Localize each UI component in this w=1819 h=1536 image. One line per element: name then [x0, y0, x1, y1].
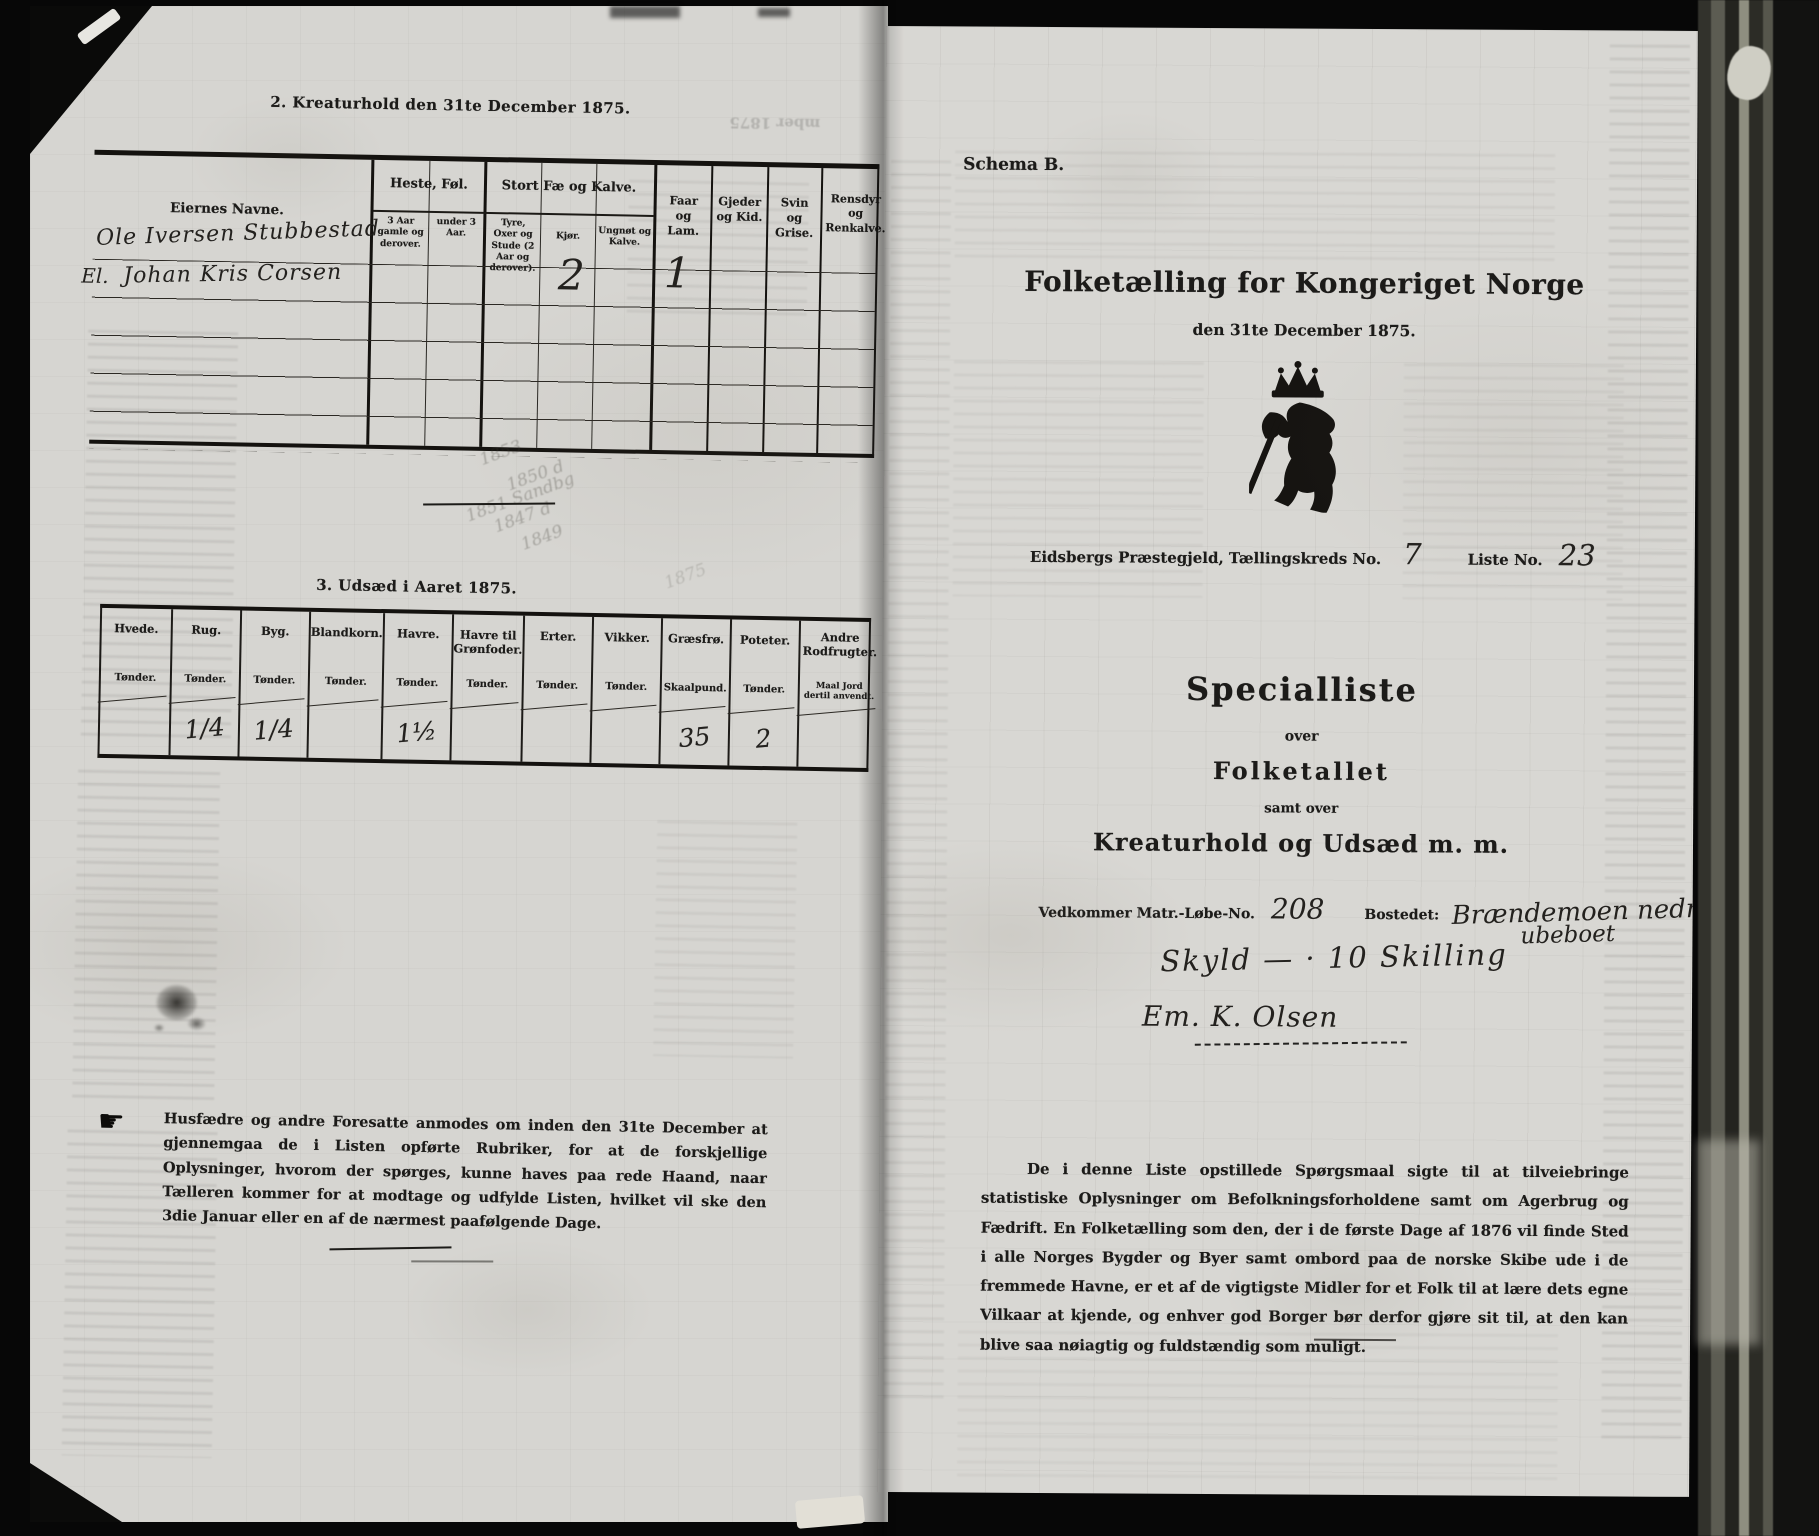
page-edge-highlight: [1698, 1140, 1760, 1345]
matr-label: Vedkommer Matr.-Løbe-No.: [1039, 905, 1255, 922]
pencil-note: 1875: [662, 560, 709, 594]
handwritten-value: [521, 703, 593, 765]
handwritten-value: [307, 699, 384, 761]
udsaed-col-erter: Erter. Tønder.: [520, 616, 592, 763]
handwritten-value-kjor: 2: [549, 250, 594, 300]
handwritten-value-faar: 1: [655, 248, 700, 298]
handwritten-value: 1/4: [238, 698, 310, 760]
udsaed-col-graesfro: Græsfrø. Skaalpund. 35: [658, 618, 730, 765]
udsaed-col-rug: Rug. Tønder. 1/4: [168, 609, 240, 756]
handwritten-value: [450, 702, 523, 764]
ink-blot: [143, 967, 222, 1048]
handwritten-value: 1½: [381, 701, 453, 763]
liste-label: Liste No.: [1468, 551, 1543, 569]
udsaed-col-vikker: Vikker. Tønder.: [589, 617, 661, 764]
subtitle-over: over: [992, 727, 1612, 747]
coat-of-arms: [1249, 360, 1346, 513]
bosted-label: Bostedet:: [1364, 907, 1439, 923]
census-title: Folketælling for Kongeriget Norge: [994, 265, 1614, 302]
edge-smudge: [610, 6, 680, 18]
handwritten-value: [590, 705, 662, 767]
udsaed-table: Hvede. Tønder. Rug. Tønder. 1/4 Byg. Tøn…: [97, 604, 871, 772]
subtitle-samt-over: samt over: [991, 799, 1611, 819]
edge-smudge: [758, 8, 790, 17]
pen-stroke: [411, 1260, 493, 1262]
subtitle-specialliste: Specialliste: [992, 669, 1612, 711]
group-header-heste: Heste, Føl.: [373, 160, 484, 214]
handwritten-matr-number: 208: [1271, 892, 1325, 925]
kreaturhold-title: 2. Kreaturhold den 31te December 1875.: [250, 93, 650, 118]
paper-sliver: [795, 1495, 865, 1529]
udsaed-col-blandkorn: Blandkorn. Tønder.: [306, 612, 383, 759]
col-header-kjor: Kjør.: [541, 231, 595, 243]
info-paragraph: De i denne Liste opstillede Spørgsmaal s…: [980, 1155, 1629, 1364]
handwritten-underline: [1195, 1041, 1407, 1045]
col-header-svin: Svin og Grise.: [768, 195, 821, 241]
footnote-text: Husfædre og andre Foresatte anmodes om i…: [162, 1107, 768, 1240]
udsaed-col-havre-gronfoder: Havre til Grønfoder. Tønder.: [449, 614, 523, 761]
handwritten-skyld-note: Skyld — · 10 Skilling: [1160, 937, 1508, 978]
census-scan: mber 1875 2. Kreaturhold den 31te Decemb…: [0, 0, 1819, 1536]
table-row-lines: [89, 259, 875, 463]
udsaed-title: 3. Udsæd i Aaret 1875.: [236, 574, 596, 599]
handwritten-signature: Em. K. Olsen: [1142, 1000, 1339, 1034]
page-seam-shadow: [858, 0, 904, 1536]
bleed-through-text: mber 1875: [670, 112, 820, 133]
handwritten-bosted-2: ubeboet: [1520, 921, 1615, 950]
subtitle-kreaturhold: Kreaturhold og Udsæd m. m.: [991, 827, 1611, 860]
col-header-faar: Faar og Lam.: [656, 193, 711, 239]
col-header-ungnot: Ungnøt og Kalve.: [596, 226, 653, 250]
handwritten-owner-name: Johan Kris Corsen: [123, 259, 423, 289]
handwritten-krets-number: 7: [1403, 537, 1422, 571]
schema-label: Schema B.: [963, 154, 1064, 175]
handwritten-liste-number: 23: [1559, 538, 1596, 572]
udsaed-col-hvede: Hvede. Tønder.: [99, 608, 171, 755]
bleed-through: [72, 766, 220, 1109]
udsaed-col-havre: Havre. Tønder. 1½: [380, 613, 452, 760]
district-line: Eidsbergs Præstegjeld, Tællingskreds No.…: [993, 535, 1633, 573]
handwritten-value: 2: [728, 707, 800, 769]
group-header-stort-fae: Stort Fæ og Kalve.: [483, 162, 654, 217]
manicule-icon: ☛: [97, 1104, 125, 1139]
col-header-heste-2: under 3 Aar.: [429, 217, 483, 240]
owner-column-header: Eiernes Navne.: [93, 199, 360, 220]
left-page: mber 1875 2. Kreaturhold den 31te Decemb…: [30, 6, 888, 1522]
handwritten-margin-note: El.: [81, 264, 109, 288]
col-header-gjeder: Gjeder og Kid.: [712, 194, 767, 225]
kreaturhold-table: Eiernes Navne. 3 Aar gamle og derover. u…: [89, 150, 879, 458]
udsaed-col-poteter: Poteter. Tønder. 2: [727, 619, 799, 766]
pen-stroke: [329, 1246, 451, 1250]
subtitle-folketallet: Folketallet: [991, 755, 1611, 788]
right-page: Schema B. Folketælling for Kongeriget No…: [877, 26, 1698, 1497]
handwritten-value: 1/4: [169, 697, 241, 759]
handwritten-value: [98, 696, 172, 758]
handwritten-value: 35: [659, 706, 731, 768]
udsaed-col-byg: Byg. Tønder. 1/4: [237, 610, 309, 757]
census-date-line: den 31te December 1875.: [994, 319, 1614, 342]
district-prefix: Eidsbergs Præstegjeld, Tællingskreds No.: [1030, 548, 1381, 568]
bleed-through: [653, 816, 797, 1059]
